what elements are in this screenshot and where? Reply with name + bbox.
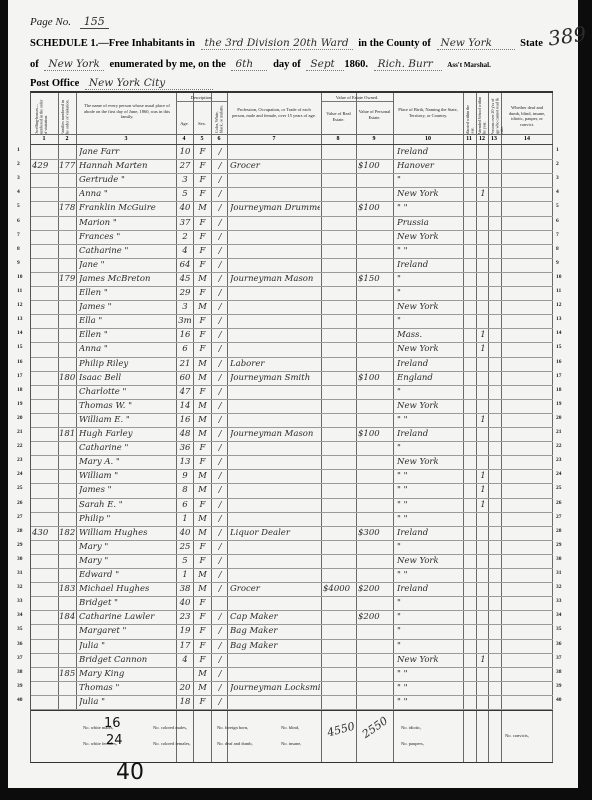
school-mark: 1 xyxy=(478,469,488,483)
color-value: / xyxy=(213,582,227,596)
birthplace-value: " xyxy=(397,624,463,638)
age-value: 21 xyxy=(177,357,193,371)
sex-value: M xyxy=(194,582,211,596)
school-mark: 1 xyxy=(478,413,488,427)
occupation-value: Journeyman Locksmith xyxy=(230,681,320,695)
schedule-title-line: SCHEDULE 1.—Free Inhabitants in the 3rd … xyxy=(30,37,543,50)
row-number: 40 xyxy=(17,697,23,703)
age-value: 14 xyxy=(177,399,193,413)
age-value: 40 xyxy=(177,596,193,610)
sex-value: F xyxy=(194,342,211,356)
sex-value: F xyxy=(194,554,211,568)
birthplace-value: " " xyxy=(397,469,463,483)
occupation-value: Laborer xyxy=(230,357,320,371)
birthplace-value: " " xyxy=(397,244,463,258)
birthplace-value: Ireland xyxy=(397,145,463,159)
sex-value: F xyxy=(194,173,211,187)
sex-value: M xyxy=(194,526,211,540)
day-field: 6th xyxy=(231,58,267,71)
age-value: 16 xyxy=(177,328,193,342)
person-name: Jane " xyxy=(79,258,175,272)
person-name: James " xyxy=(79,300,175,314)
census-table: Dwelling-houses—numbered in the order of… xyxy=(30,91,553,763)
color-value: / xyxy=(213,342,227,356)
grand-total: 40 xyxy=(116,760,144,785)
column-number: 10 xyxy=(422,136,434,142)
occupation-value: Grocer xyxy=(230,582,320,596)
row-number: 19 xyxy=(17,401,23,407)
row-number: 9 xyxy=(17,260,20,266)
age-value: 47 xyxy=(177,385,193,399)
row-number: 31 xyxy=(17,570,23,576)
family-number: 185 xyxy=(59,667,76,681)
birthplace-value: " xyxy=(397,272,463,286)
row-number: 13 xyxy=(556,316,562,322)
paupers-label: No. paupers, xyxy=(401,741,424,746)
occupation-value: Grocer xyxy=(230,159,320,173)
divider xyxy=(76,93,77,710)
sex-value: M xyxy=(194,272,211,286)
row-number: 17 xyxy=(556,373,562,379)
col2-header: Families numbered in the order of visita… xyxy=(61,97,70,135)
convicts-label: No. convicts, xyxy=(505,733,529,738)
color-value: / xyxy=(213,413,227,427)
color-value: / xyxy=(213,173,227,187)
row-number: 5 xyxy=(17,203,20,209)
sex-value: M xyxy=(194,201,211,215)
birthplace-value: " xyxy=(397,286,463,300)
row-number: 8 xyxy=(17,246,20,252)
person-name: Bridget " xyxy=(79,596,175,610)
row-number: 29 xyxy=(17,542,23,548)
row-number: 22 xyxy=(556,443,562,449)
row-number: 35 xyxy=(556,626,562,632)
sex-value: F xyxy=(194,610,211,624)
post-office-label: Post Office xyxy=(30,78,79,89)
county-field: New York xyxy=(437,37,515,50)
row-number: 14 xyxy=(556,330,562,336)
post-office-line: Post Office New York City xyxy=(30,77,216,90)
age-value: 45 xyxy=(177,272,193,286)
color-value: / xyxy=(213,399,227,413)
row-number: 10 xyxy=(556,274,562,280)
sex-value: M xyxy=(194,667,211,681)
color-value: / xyxy=(213,230,227,244)
birthplace-value: " " xyxy=(397,512,463,526)
age-value: 5 xyxy=(177,187,193,201)
person-name: Thomas " xyxy=(79,681,175,695)
row-number: 39 xyxy=(17,683,23,689)
column-number: 7 xyxy=(268,136,280,142)
color-value: / xyxy=(213,300,227,314)
person-name: Sarah E. " xyxy=(79,498,175,512)
description-header: Description. xyxy=(176,95,227,102)
sex-value: F xyxy=(194,314,211,328)
color-value: / xyxy=(213,216,227,230)
person-name: Anna " xyxy=(79,187,175,201)
birthplace-value: Ireland xyxy=(397,526,463,540)
sex-value: M xyxy=(194,371,211,385)
col9-header: Value of Personal Estate. xyxy=(358,109,391,120)
family-number: 181 xyxy=(59,427,76,441)
age-value: 8 xyxy=(177,483,193,497)
age-value: 40 xyxy=(177,526,193,540)
header-rule xyxy=(31,134,553,135)
color-value: / xyxy=(213,526,227,540)
person-name: Franklin McGuire xyxy=(79,201,175,215)
person-name: Catharine " xyxy=(79,441,175,455)
column-number: 12 xyxy=(476,136,488,142)
real-estate-value: $4000 xyxy=(323,582,355,596)
occupation-value: Journeyman Smith xyxy=(230,371,320,385)
sex-value: M xyxy=(194,427,211,441)
color-value: / xyxy=(213,624,227,638)
row-number: 21 xyxy=(556,429,562,435)
row-number: 20 xyxy=(17,415,23,421)
family-number: 182 xyxy=(59,526,76,540)
age-value: 27 xyxy=(177,159,193,173)
age-value: 4 xyxy=(177,244,193,258)
age-value: 2 xyxy=(177,230,193,244)
birthplace-value: " " xyxy=(397,413,463,427)
age-value: 6 xyxy=(177,498,193,512)
state-label: State xyxy=(520,38,543,49)
column-number: 8 xyxy=(332,136,344,142)
row-number: 37 xyxy=(17,655,23,661)
age-value: 64 xyxy=(177,258,193,272)
birthplace-value: Mass. xyxy=(397,328,463,342)
foreign-born-label: No. foreign born, xyxy=(217,725,248,730)
row-number: 3 xyxy=(556,175,559,181)
age-value: 38 xyxy=(177,582,193,596)
birthplace-value: New York xyxy=(397,230,463,244)
color-value: / xyxy=(213,385,227,399)
color-value: / xyxy=(213,512,227,526)
page-number-line: Page No. 155 xyxy=(30,15,109,28)
occupation-value: Journeyman Mason xyxy=(230,427,320,441)
row-number: 34 xyxy=(17,612,23,618)
sex-value: F xyxy=(194,653,211,667)
enumerated-label: enumerated by me, on the xyxy=(109,59,225,70)
person-name: Jane Farr xyxy=(79,145,175,159)
row-number: 1 xyxy=(556,147,559,153)
personal-estate-total: 2550 xyxy=(360,714,390,741)
sex-value: F xyxy=(194,624,211,638)
row-number: 18 xyxy=(17,387,23,393)
row-number: 34 xyxy=(556,612,562,618)
footer-rule xyxy=(31,710,553,711)
colored-males-label: No. colored males, xyxy=(153,725,187,730)
family-number: 178 xyxy=(59,201,76,215)
birthplace-value: Hanover xyxy=(397,159,463,173)
row-number: 24 xyxy=(556,471,562,477)
person-name: William Hughes xyxy=(79,526,175,540)
row-number: 11 xyxy=(556,288,561,294)
person-name: Hugh Farley xyxy=(79,427,175,441)
occupation-value: Liquor Dealer xyxy=(230,526,320,540)
row-number: 25 xyxy=(17,485,23,491)
personal-estate-value: $100 xyxy=(358,159,392,173)
family-number: 179 xyxy=(59,272,76,286)
family-number: 177 xyxy=(59,159,76,173)
person-name: James " xyxy=(79,483,175,497)
color-value: / xyxy=(213,258,227,272)
row-number: 26 xyxy=(556,500,562,506)
row-number: 33 xyxy=(556,598,562,604)
color-value: / xyxy=(213,244,227,258)
row-number: 38 xyxy=(17,669,23,675)
row-number: 22 xyxy=(17,443,23,449)
col1-header: Dwelling-houses—numbered in the order of… xyxy=(35,97,49,135)
sex-value: F xyxy=(194,286,211,300)
row-number: 2 xyxy=(17,161,20,167)
value-group-header: Value of Estate Owned. xyxy=(321,95,393,102)
occupation-value: Cap Maker xyxy=(230,610,320,624)
sex-value: M xyxy=(194,300,211,314)
sex-value: F xyxy=(194,145,211,159)
sex-value: M xyxy=(194,512,211,526)
person-name: Mary King xyxy=(79,667,175,681)
birthplace-value: England xyxy=(397,371,463,385)
person-name: Catharine Lawler xyxy=(79,610,175,624)
school-mark: 1 xyxy=(478,653,488,667)
person-name: Isaac Bell xyxy=(79,371,175,385)
person-name: Charlotte " xyxy=(79,385,175,399)
row-number: 14 xyxy=(17,330,23,336)
of-label: of xyxy=(30,59,39,70)
col6-header: Color, White, black, or mulatto. xyxy=(215,103,224,133)
color-value: / xyxy=(213,681,227,695)
age-value: 5 xyxy=(177,554,193,568)
row-number: 15 xyxy=(556,344,562,350)
person-name: Ella " xyxy=(79,314,175,328)
birthplace-value: New York xyxy=(397,187,463,201)
birthplace-value: " xyxy=(397,385,463,399)
age-value: 60 xyxy=(177,371,193,385)
row-number: 18 xyxy=(556,387,562,393)
row-number: 29 xyxy=(556,542,562,548)
sex-value: F xyxy=(194,385,211,399)
col8-header: Value of Real Estate. xyxy=(323,111,354,122)
color-value: / xyxy=(213,145,227,159)
age-value: 19 xyxy=(177,624,193,638)
personal-estate-value: $150 xyxy=(358,272,392,286)
person-name: Mary " xyxy=(79,540,175,554)
birthplace-value: " " xyxy=(397,667,463,681)
birthplace-value: " xyxy=(397,314,463,328)
age-value: 36 xyxy=(177,441,193,455)
col5-header: Sex. xyxy=(193,121,211,127)
color-value: / xyxy=(213,695,227,709)
sex-value: M xyxy=(194,399,211,413)
colored-females-label: No. colored females, xyxy=(153,741,191,746)
age-value: 9 xyxy=(177,469,193,483)
row-number: 12 xyxy=(556,302,562,308)
color-value: / xyxy=(213,483,227,497)
schedule-title: SCHEDULE 1.—Free Inhabitants in xyxy=(30,38,195,49)
row-number: 23 xyxy=(556,457,562,463)
birthplace-value: " xyxy=(397,540,463,554)
row-number: 4 xyxy=(556,189,559,195)
row-number: 4 xyxy=(17,189,20,195)
column-number: 13 xyxy=(488,136,500,142)
color-value: / xyxy=(213,610,227,624)
birthplace-value: Ireland xyxy=(397,258,463,272)
family-number: 183 xyxy=(59,582,76,596)
person-name: Catharine " xyxy=(79,244,175,258)
sex-value: F xyxy=(194,216,211,230)
row-number: 20 xyxy=(556,415,562,421)
color-value: / xyxy=(213,667,227,681)
sex-value: F xyxy=(194,159,211,173)
row-number: 27 xyxy=(17,514,23,520)
row-number: 21 xyxy=(17,429,23,435)
birthplace-value: Ireland xyxy=(397,582,463,596)
age-value: 1 xyxy=(177,568,193,582)
birthplace-value: " xyxy=(397,610,463,624)
birthplace-value: " " xyxy=(397,568,463,582)
birthplace-value: " " xyxy=(397,498,463,512)
white-females-count: 24 xyxy=(106,733,123,748)
school-mark: 1 xyxy=(478,498,488,512)
color-value: / xyxy=(213,653,227,667)
marshal-label: Ass't Marshal. xyxy=(447,61,491,69)
sex-value: F xyxy=(194,540,211,554)
age-value: 25 xyxy=(177,540,193,554)
sex-value: F xyxy=(194,695,211,709)
person-name: Thomas W. " xyxy=(79,399,175,413)
row-number: 26 xyxy=(17,500,23,506)
occupation-value: Journeyman Drummer xyxy=(230,201,320,215)
person-name: Edward " xyxy=(79,568,175,582)
row-number: 32 xyxy=(556,584,562,590)
age-value: 29 xyxy=(177,286,193,300)
post-office-field: New York City xyxy=(85,77,213,90)
row-number: 36 xyxy=(556,641,562,647)
color-value: / xyxy=(213,568,227,582)
row-number: 2 xyxy=(556,161,559,167)
sex-value: M xyxy=(194,413,211,427)
age-value: 4 xyxy=(177,653,193,667)
row-number: 28 xyxy=(556,528,562,534)
column-number: 4 xyxy=(178,136,190,142)
color-value: / xyxy=(213,540,227,554)
birthplace-value: " xyxy=(397,596,463,610)
person-name: Bridget Cannon xyxy=(79,653,175,667)
personal-estate-value: $100 xyxy=(358,371,392,385)
row-number: 23 xyxy=(17,457,23,463)
sex-value: F xyxy=(194,258,211,272)
sex-value: F xyxy=(194,498,211,512)
sex-value: M xyxy=(194,681,211,695)
row-number: 1 xyxy=(17,147,20,153)
col14-header: Whether deaf and dumb, blind, insane, id… xyxy=(505,105,549,127)
marshal-field: Rich. Burr xyxy=(374,58,442,71)
color-value: / xyxy=(213,469,227,483)
age-value: 37 xyxy=(177,216,193,230)
person-name: Philip Riley xyxy=(79,357,175,371)
sex-value: F xyxy=(194,455,211,469)
row-number: 25 xyxy=(556,485,562,491)
color-value: / xyxy=(213,427,227,441)
row-number: 13 xyxy=(17,316,23,322)
person-name: Margaret " xyxy=(79,624,175,638)
column-number: 5 xyxy=(196,136,208,142)
page-number-label: Page No. xyxy=(30,16,71,28)
school-mark: 1 xyxy=(478,328,488,342)
row-number: 12 xyxy=(17,302,23,308)
color-value: / xyxy=(213,328,227,342)
age-value: 3 xyxy=(177,300,193,314)
row-number: 24 xyxy=(17,471,23,477)
color-value: / xyxy=(213,272,227,286)
person-name: William E. " xyxy=(79,413,175,427)
birthplace-value: New York xyxy=(397,554,463,568)
row-number: 17 xyxy=(17,373,23,379)
person-name: Mary " xyxy=(79,554,175,568)
person-name: Gertrude " xyxy=(79,173,175,187)
row-number: 32 xyxy=(17,584,23,590)
row-number: 16 xyxy=(17,359,23,365)
insane-label: No. insane, xyxy=(281,741,301,746)
row-number: 11 xyxy=(17,288,22,294)
color-value: / xyxy=(213,201,227,215)
row-number: 36 xyxy=(17,641,23,647)
row-number: 16 xyxy=(556,359,562,365)
enumeration-line: of New York enumerated by me, on the 6th… xyxy=(30,58,491,71)
real-estate-total: 4550 xyxy=(326,720,356,740)
row-number: 39 xyxy=(556,683,562,689)
row-number: 30 xyxy=(556,556,562,562)
age-value: 10 xyxy=(177,145,193,159)
column-number: 2 xyxy=(61,136,73,142)
color-value: / xyxy=(213,357,227,371)
sex-value: F xyxy=(194,244,211,258)
birthplace-value: New York xyxy=(397,300,463,314)
birthplace-value: Ireland xyxy=(397,357,463,371)
person-name: Mary A. " xyxy=(79,455,175,469)
dwelling-number: 430 xyxy=(32,526,57,540)
person-name: Anna " xyxy=(79,342,175,356)
county-label: in the County of xyxy=(358,38,431,49)
age-value: 17 xyxy=(177,639,193,653)
age-value: 3 xyxy=(177,173,193,187)
color-value: / xyxy=(213,455,227,469)
person-name: Julia " xyxy=(79,639,175,653)
page-number-value: 155 xyxy=(80,15,109,29)
col13-header: Persons over 20 y'rs of age who cannot r… xyxy=(491,97,505,135)
row-number: 7 xyxy=(556,232,559,238)
person-name: Philip " xyxy=(79,512,175,526)
row-number: 33 xyxy=(17,598,23,604)
color-value: / xyxy=(213,187,227,201)
birthplace-value: " xyxy=(397,441,463,455)
school-mark: 1 xyxy=(478,342,488,356)
month-field: Sept xyxy=(306,58,344,71)
birthplace-value: " " xyxy=(397,681,463,695)
col7-header: Profession, Occupation, or Trade of each… xyxy=(231,107,317,118)
sex-value: F xyxy=(194,441,211,455)
personal-estate-value: $200 xyxy=(358,610,392,624)
dwelling-number: 429 xyxy=(32,159,57,173)
color-value: / xyxy=(213,441,227,455)
personal-estate-value: $100 xyxy=(358,427,392,441)
family-number: 180 xyxy=(59,371,76,385)
birthplace-value: " xyxy=(397,639,463,653)
row-number: 27 xyxy=(556,514,562,520)
color-value: / xyxy=(213,314,227,328)
age-value: 13 xyxy=(177,455,193,469)
